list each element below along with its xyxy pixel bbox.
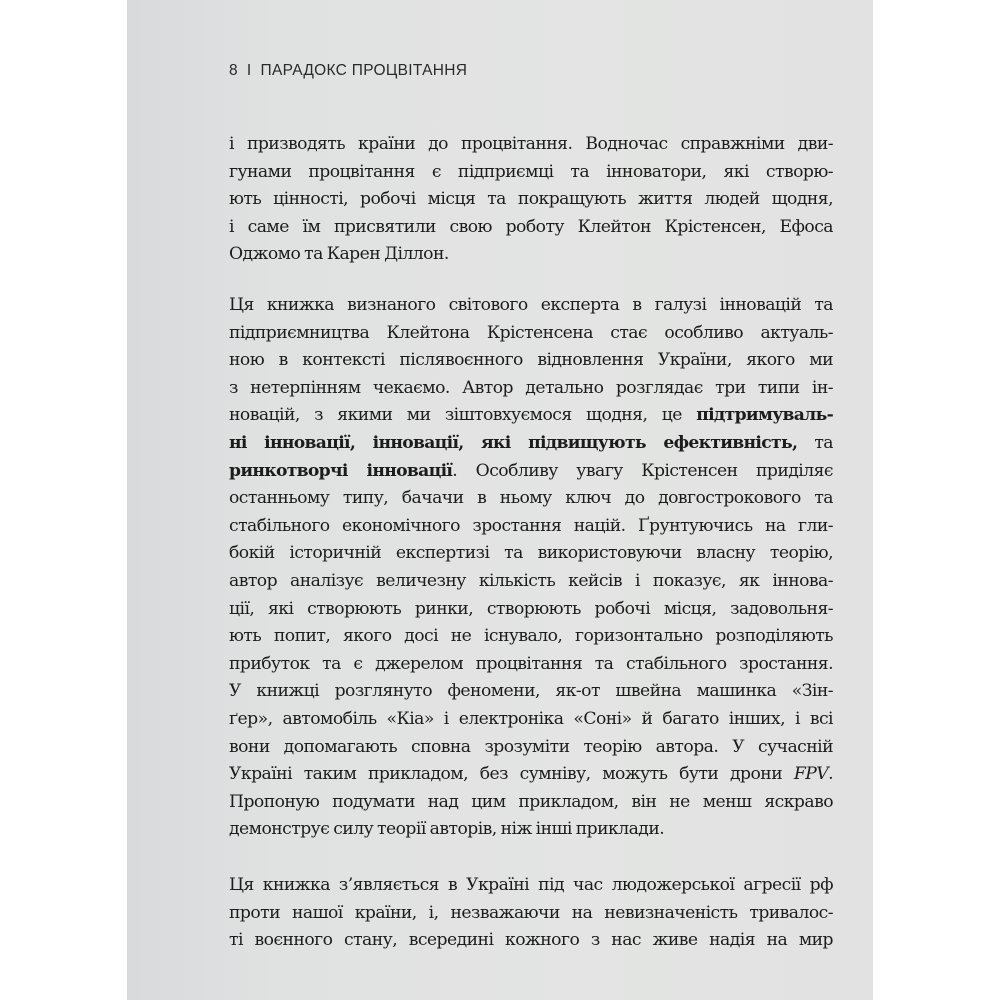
- text-line: Ця книжка з’являється в Україні під час …: [229, 872, 833, 900]
- text-line: гунами процвітання є підприємці та іннов…: [229, 159, 833, 187]
- paragraph-1: і призводять країни до процвітання. Водн…: [229, 131, 833, 269]
- running-head: 8IПАРАДОКС ПРОЦВІТАННЯ: [229, 62, 467, 80]
- paragraph-3: Ця книжка з’являється в Україні під час …: [229, 872, 833, 955]
- text-line: ринкотворчі інновації. Особливу увагу Кр…: [229, 458, 833, 486]
- text-line: бокій історичній експертизі та використо…: [229, 540, 833, 568]
- text-line: проти нашої країни, і, незважаючи на нев…: [229, 900, 833, 928]
- bold-term-market-creating-innovations: ринкотворчі інновації: [229, 461, 452, 481]
- text-line: останньому типу, бачачи в ньому ключ до …: [229, 485, 833, 513]
- header-separator: I: [247, 62, 252, 79]
- text-line: ють попит, якого досі не існувало, гориз…: [229, 623, 833, 651]
- italic-term-fpv: FPV: [794, 764, 828, 784]
- text-line: підприємництва Клейтона Крістенсена стає…: [229, 320, 833, 348]
- text-run: новацій, з якими ми зіштовхуємося щодня,…: [229, 405, 696, 425]
- text-line: Пропоную подумати над цим прикладом, він…: [229, 789, 833, 817]
- text-line: автор аналізує величезну кількість кейсі…: [229, 568, 833, 596]
- page-number: 8: [229, 62, 238, 79]
- text-line: ґер», автомобіль «Кіа» і електроніка «Со…: [229, 706, 833, 734]
- paragraph-2: Ця книжка визнаного світового експерта в…: [229, 292, 833, 844]
- text-line: і призводять країни до процвітання. Водн…: [229, 131, 833, 159]
- text-line: стабільного економічного зростання націй…: [229, 513, 833, 541]
- text-line: з нетерпінням чекаємо. Автор детально ро…: [229, 375, 833, 403]
- text-line: Україні таким прикладом, без сумніву, мо…: [229, 761, 833, 789]
- text-line: ні інновації, інновації, які підвищують …: [229, 430, 833, 458]
- text-line: ною в контексті післявоєнного відновленн…: [229, 347, 833, 375]
- text-line: Оджомо та Карен Діллон.: [229, 241, 833, 269]
- book-title: ПАРАДОКС ПРОЦВІТАННЯ: [261, 62, 468, 79]
- text-run: . Особливу увагу Крістенсен приділяє: [452, 461, 833, 481]
- text-line: ють цінності, робочі місця та покращують…: [229, 186, 833, 214]
- text-line: ції, які створюють ринки, створюють робо…: [229, 596, 833, 624]
- text-line: демонструє силу теорії авторів, ніж інші…: [229, 816, 833, 844]
- text-line: прибуток та є джерелом процвітання та ст…: [229, 651, 833, 679]
- text-run: Україні таким прикладом, без сумніву, мо…: [229, 764, 794, 784]
- text-run: та: [797, 433, 833, 453]
- bold-term-efficiency-innovations: ні інновації, інновації, які підвищують …: [229, 433, 797, 453]
- text-line: новацій, з якими ми зіштовхуємося щодня,…: [229, 402, 833, 430]
- text-line: і саме їм присвятили свою роботу Клейтон…: [229, 214, 833, 242]
- bold-term-sustaining-innovations: підтримуваль-: [696, 405, 833, 425]
- text-line: вони допомагають сповна зрозуміти теорію…: [229, 734, 833, 762]
- text-line: У книжці розглянуто феномени, як-от швей…: [229, 678, 833, 706]
- text-line: Ця книжка визнаного світового експерта в…: [229, 292, 833, 320]
- text-line: ті воєнного стану, всередині кожного з н…: [229, 927, 833, 955]
- text-run: .: [828, 764, 833, 784]
